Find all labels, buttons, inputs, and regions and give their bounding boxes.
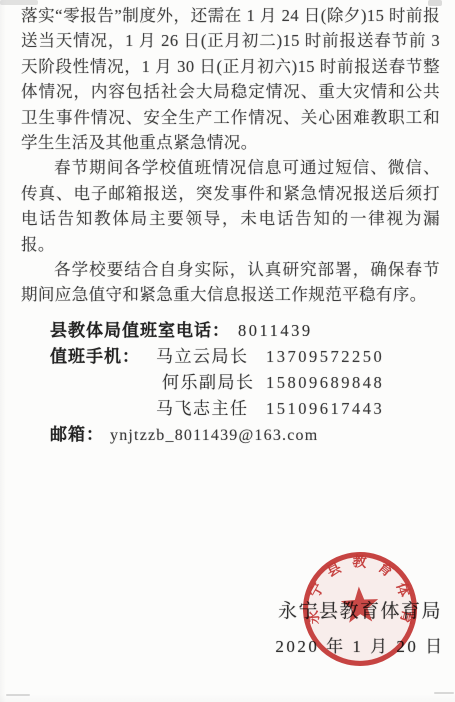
duty-mobile-row-2: 何乐副局长 15809689848 bbox=[50, 370, 440, 396]
scan-artifact bbox=[6, 694, 30, 696]
duty-contact-phone: 13709572250 bbox=[266, 344, 384, 370]
duty-contact-phone: 15809689848 bbox=[266, 370, 384, 396]
document-body: 落实“零报告”制度外，还需在 1 月 24 日(除夕)15 时前报送当天情况，1… bbox=[21, 3, 440, 308]
document-page: 落实“零报告”制度外，还需在 1 月 24 日(除夕)15 时前报送当天情况，1… bbox=[0, 0, 455, 702]
email-row: 邮箱： ynjtzzb_8011439@163.com bbox=[50, 422, 440, 448]
email-label: 邮箱： bbox=[50, 422, 104, 448]
paragraph-1: 落实“零报告”制度外，还需在 1 月 24 日(除夕)15 时前报送当天情况，1… bbox=[21, 3, 440, 155]
office-phone-label: 县教体局值班室电话： bbox=[50, 318, 230, 344]
signature-date: 2020 年 1 月 20 日 bbox=[274, 632, 446, 657]
duty-contact-phone: 15109617443 bbox=[266, 396, 384, 422]
contact-block: 县教体局值班室电话： 8011439 值班手机： 马立云局长 137095722… bbox=[50, 318, 440, 448]
signature-block: 永宁县教育体育局 2020 年 1 月 20 日 bbox=[274, 596, 446, 657]
duty-contact-name: 马飞志主任 bbox=[156, 396, 256, 422]
paragraph-3: 各学校要结合自身实际，认真研究部署，确保春节期间应急值守和紧急重大信息报送工作规… bbox=[21, 257, 440, 308]
scan-artifact bbox=[434, 692, 454, 694]
paragraph-2: 春节期间各学校值班情况信息可通过短信、微信、传真、电子邮箱报送，突发事件和紧急情… bbox=[21, 155, 440, 257]
signature-org: 永宁县教育体育局 bbox=[274, 596, 446, 623]
office-phone-row: 县教体局值班室电话： 8011439 bbox=[50, 318, 440, 344]
duty-mobile-row-3: 马飞志主任 15109617443 bbox=[50, 396, 440, 422]
duty-contact-name: 马立云局长 bbox=[156, 344, 256, 370]
email-address: ynjtzzb_8011439@163.com bbox=[110, 423, 318, 449]
duty-mobile-row-1: 值班手机： 马立云局长 13709572250 bbox=[50, 344, 440, 370]
duty-mobile-label: 值班手机： bbox=[50, 344, 156, 370]
office-phone-number: 8011439 bbox=[238, 318, 313, 344]
duty-contact-name: 何乐副局长 bbox=[156, 370, 256, 396]
